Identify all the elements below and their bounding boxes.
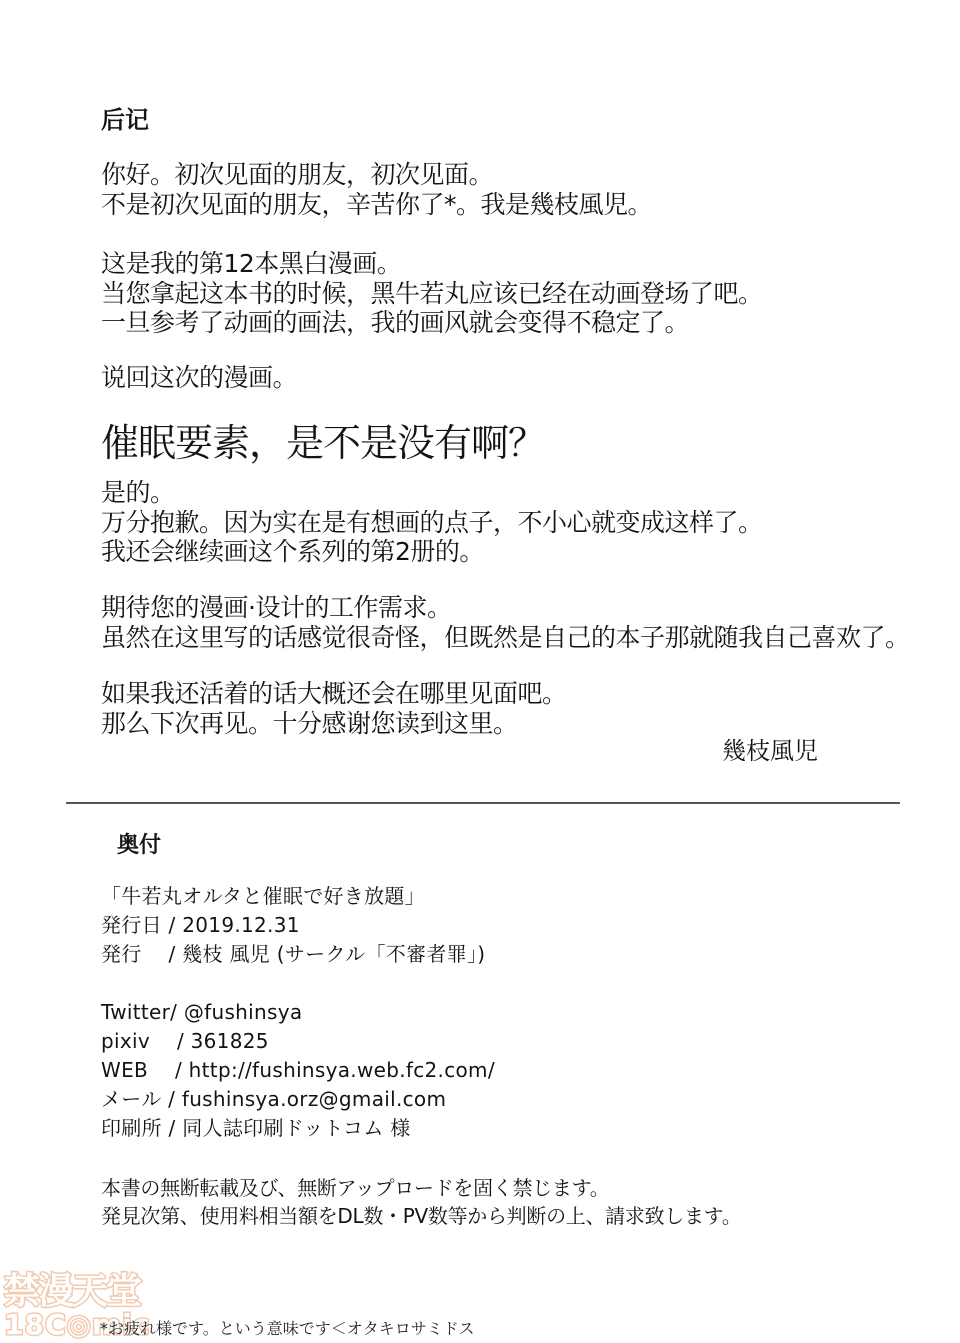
publish-date: 発行日 / 2019.12.31 [101,911,300,940]
watermark-logo-text: 禁漫天堂 [4,1272,140,1312]
copyright-notice: 発見次第、使用料相当額をDL数・PV数等から判断の上、請求致します。 [101,1202,742,1230]
afterword-line: 是的。 [101,478,175,508]
contact-pixiv: pixiv / 361825 [101,1027,269,1056]
copyright-notice: 本書の無断転載及び、無断アップロードを固く禁じます。 [101,1174,609,1202]
publisher: 発行 / 幾枝 風児 (サークル「不審者罪」) [101,940,485,969]
afterword-line: 一旦参考了动画的画法，我的画风就会变得不稳定了。 [101,308,689,338]
afterword-line: 说回这次的漫画。 [101,363,297,393]
contact-web: WEB / http://fushinsya.web.fc2.com/ [101,1056,495,1085]
afterword-line: 期待您的漫画·设计的工作需求。 [101,593,451,623]
afterword-line: 不是初次见面的朋友，辛苦你了*。我是幾枝風児。 [101,190,652,220]
afterword-line: 当您拿起这本书的时候，黑牛若丸应该已经在动画登场了吧。 [101,279,763,309]
printer: 印刷所 / 同人誌印刷ドットコム 様 [101,1114,411,1143]
afterword-line: 我还会继续画这个系列的第2册的。 [101,537,484,567]
afterword-title: 后记 [101,104,149,136]
afterword-line: 这是我的第12本黑白漫画。 [101,249,401,279]
book-title: 「牛若丸オルタと催眠で好き放題」 [101,882,425,911]
footnote: *お疲れ様です。という意味です＜オタキロサミドス [100,1318,475,1340]
afterword-line: 如果我还活着的话大概还会在哪里见面吧。 [101,679,567,709]
afterword-big-heading: 催眠要素，是不是没有啊？ [101,418,545,468]
afterword-line: 你好。初次见面的朋友，初次见面。 [101,160,493,190]
author-signature: 幾枝風児 [722,735,818,767]
section-divider [66,802,900,804]
afterword-line: 万分抱歉。因为实在是有想画的点子，不小心就变成这样了。 [101,508,763,538]
contact-email: メール / fushinsya.orz@gmail.com [101,1085,446,1114]
colophon-title: 奥付 [117,830,161,862]
contact-twitter: Twitter/ @fushinsya [101,998,302,1027]
afterword-line: 虽然在这里写的话感觉很奇怪，但既然是自己的本子那就随我自己喜欢了。 [101,623,910,653]
afterword-line: 那么下次再见。十分感谢您读到这里。 [101,709,518,739]
